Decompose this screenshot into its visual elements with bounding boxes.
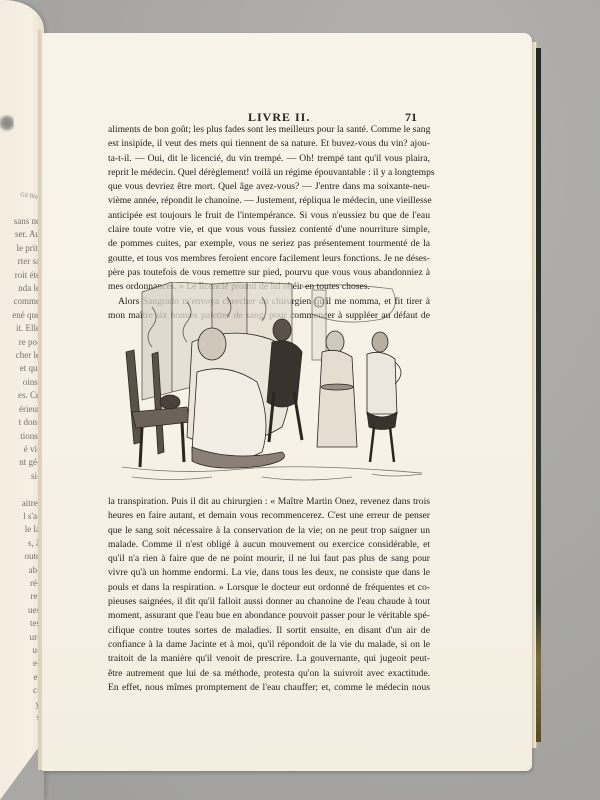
left-text-fragment: le la	[0, 523, 40, 536]
left-text-fragment: rter sa	[0, 255, 40, 268]
left-text-fragment: t don-	[0, 416, 40, 429]
engraving-bloodletting-scene-icon	[112, 282, 432, 490]
left-text-fragment: es. Ce	[0, 389, 40, 402]
text-line: claire toute votre vie, et que vous vous…	[108, 223, 430, 237]
left-text-fragment: ré-	[0, 577, 40, 590]
left-text-fragment: re:	[0, 590, 40, 603]
left-text-fragment: ab-	[0, 564, 40, 577]
left-text-fragment: c-	[0, 684, 40, 697]
text-line: cifique contre toutes sortes de maladies…	[108, 624, 430, 638]
text-line: que le sang soit nécessaire à la conserv…	[108, 524, 430, 538]
left-text-fragment: it. Elle	[0, 322, 40, 335]
left-text-fragment: s, à	[0, 537, 40, 550]
left-text-fragment: et qui	[0, 362, 40, 375]
left-page-caption: Gil Blas	[0, 189, 40, 201]
text-line: la transpiration. Puis il dit au chirurg…	[108, 495, 430, 509]
left-text-fragment: sans ne	[0, 215, 40, 228]
left-text-fragment: si-	[0, 470, 40, 483]
text-line: que vous devriez être mort. Quel âge ave…	[108, 180, 430, 194]
floor-hatching	[122, 467, 422, 480]
text-line: être autrement que lui de sa méthode, pr…	[108, 667, 430, 681]
ornament-vignette	[0, 112, 14, 134]
engraving-illustration	[112, 282, 432, 490]
text-line: malade. Comme il n'est obligé à aucun mo…	[108, 538, 430, 552]
left-text-fragment: ur-	[0, 631, 40, 644]
text-line: confiance à la dame Jacinte et à moi, qu…	[108, 638, 430, 652]
text-line: est insipide, il veut des mets qui tienn…	[108, 137, 430, 151]
left-text-fragment: l s'a-	[0, 510, 40, 523]
text-line: goutte, et tous vos membres feroient enc…	[108, 252, 430, 266]
left-text-fragment: ené que	[0, 309, 40, 322]
left-text-fragment: ues	[0, 604, 40, 617]
left-text-fragment: y	[0, 698, 40, 711]
text-line: pieuses saignées, il dit qu'il falloit a…	[108, 595, 430, 609]
text-line: reprit le médecin. Quel dérèglement! voi…	[108, 166, 430, 180]
text-line: vivre qu'à un homme endormi. La vie, dan…	[108, 566, 430, 580]
left-text-fragment: s	[0, 711, 40, 724]
young-man	[367, 332, 401, 462]
left-text-fragment: re po-	[0, 336, 40, 349]
left-text-fragment: roit été	[0, 269, 40, 282]
left-text-fragment: e-	[0, 657, 40, 670]
left-text-fragment: érieur	[0, 403, 40, 416]
text-line: anticipée est toujours le fruit de l'int…	[108, 209, 430, 223]
text-line: aliments de bon goût; les plus fades son…	[108, 123, 430, 137]
text-line: vième année, répondit le chanoine. — Jus…	[108, 194, 430, 208]
book-cover-edge	[536, 48, 541, 742]
text-line: de pommes cuites, par exemple, vous ne s…	[108, 237, 430, 251]
left-text-fragment: u-	[0, 644, 40, 657]
left-text-fragment: ser. Au	[0, 228, 40, 241]
left-text-fragment: nt gé-	[0, 456, 40, 469]
text-line: ta-t-il. — Oui, dit le licencié, du vin …	[108, 152, 430, 166]
text-line: moment, assurant que l'eau bue en abonda…	[108, 609, 430, 623]
left-text-fragment: cher le	[0, 349, 40, 362]
left-text-fragment: é vi-	[0, 443, 40, 456]
body-text-lower: la transpiration. Puis il dit au chirurg…	[108, 495, 430, 695]
text-line: père pas toutefois de vous remettre sur …	[108, 266, 430, 280]
left-text-fragment: tes	[0, 617, 40, 630]
left-text-fragment: tions.	[0, 430, 40, 443]
left-text-fragment: oins,	[0, 376, 40, 389]
text-line: qu'il n'a rien à faire que de ne point m…	[108, 552, 430, 566]
left-text-fragment: aitre,	[0, 497, 40, 510]
text-line: pouls et dans la respiration. » Lorsque …	[108, 581, 430, 595]
text-line: traitoit de la manière qu'il venoit de p…	[108, 652, 430, 666]
text-line: heures en faire autant, et demain vous r…	[108, 509, 430, 523]
left-text-fragment	[0, 483, 40, 496]
left-text-fragment: nda le	[0, 282, 40, 295]
left-page-text-fragments: sans neser. Aule prit,rter saroit éténda…	[0, 215, 40, 724]
left-text-fragment: le prit,	[0, 242, 40, 255]
left-text-fragment: comme	[0, 295, 40, 308]
text-line: En effet, nous mîmes promptement de l'ea…	[108, 681, 430, 695]
left-text-fragment: oute	[0, 550, 40, 563]
left-text-fragment: et	[0, 671, 40, 684]
